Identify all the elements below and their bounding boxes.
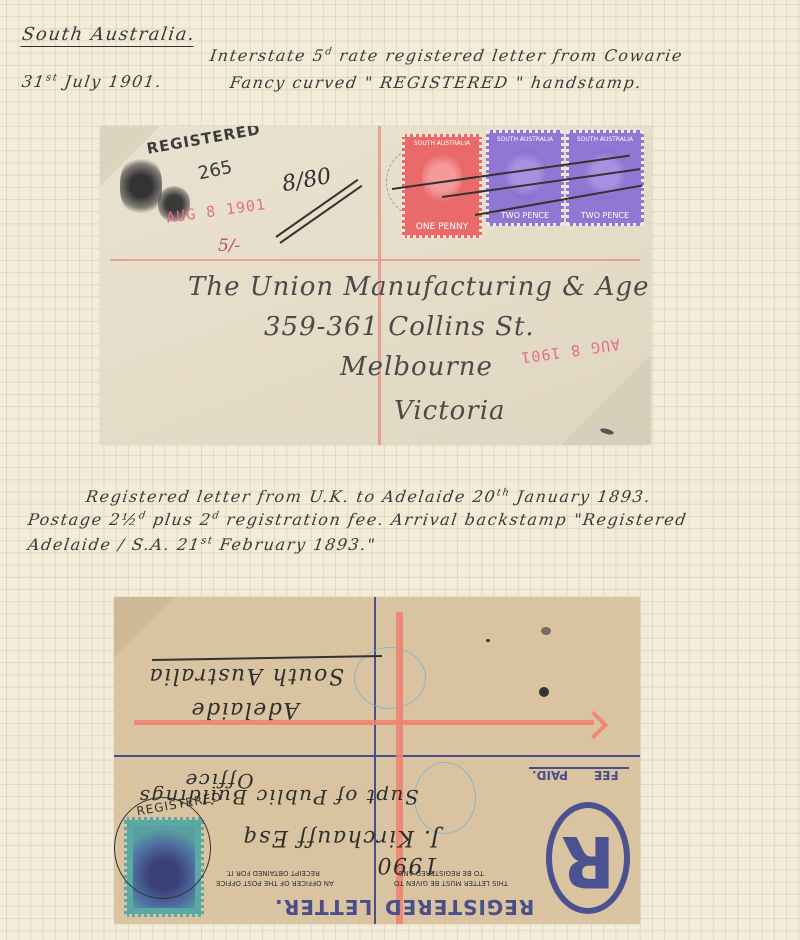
- fee-annotation-red: 5/-: [218, 236, 240, 256]
- printed-instruction: TO BE REGISTERED AND: [398, 869, 484, 877]
- address-line: South Australia: [148, 663, 344, 688]
- fee-annotation-black: 8/80: [280, 164, 333, 197]
- ink-spot: [541, 627, 551, 635]
- cover-1901-cowarie: REGISTERED 265 AUG 8 1901 5/- 8/80 SOUTH…: [100, 126, 651, 445]
- printed-rule: [114, 755, 640, 757]
- handstamp-ink: [120, 156, 162, 216]
- registered-r-oval: R: [546, 802, 630, 914]
- printed-fee-label: FEE: [594, 768, 619, 782]
- address-line: Melbourne: [340, 352, 493, 382]
- section1-description-line2: Fancy curved " REGISTERED " handstamp.: [229, 73, 644, 92]
- section1-description-line1: Interstate 5d rate registered letter fro…: [209, 46, 685, 65]
- registration-number: 265: [196, 157, 234, 185]
- registered-handstamp: REGISTERED: [145, 126, 262, 158]
- printed-instruction: AN OFFICER OF THE POST OFFICE: [216, 879, 334, 887]
- red-crayon-cross: [396, 612, 403, 924]
- section2-line3: Adelaide / S.A. 21st February 1893.": [27, 535, 378, 554]
- printed-registered-label: REGISTERED: [384, 895, 534, 919]
- address-line: Adelaide: [190, 697, 299, 722]
- section2-line2: Postage 2½d plus 2d registration fee. Ar…: [27, 510, 689, 529]
- page-title: South Australia.: [20, 24, 197, 47]
- printed-instruction: RECEIPT OBTAINED FOR IT.: [226, 869, 320, 877]
- red-crayon-arrow: [580, 711, 608, 739]
- address-line: 359-361 Collins St.: [264, 312, 535, 342]
- address-line: Victoria: [394, 396, 506, 426]
- printed-instruction: THIS LETTER MUST BE GIVEN TO: [394, 879, 508, 887]
- ink-spot: [486, 639, 490, 642]
- queen-portrait: [505, 149, 545, 199]
- address-line: J. Kirchauff Esq: [242, 825, 440, 850]
- underline-stroke: [152, 655, 382, 661]
- stamp-two-pence: SOUTH AUSTRALIA TWO PENCE: [486, 130, 564, 226]
- blue-crayon-mark: [414, 762, 476, 834]
- section1-date: 31st July 1901.: [21, 72, 164, 91]
- address-line: The Union Manufacturing & Agency Co: [188, 272, 651, 302]
- envelope-flap: [114, 597, 174, 657]
- printed-letter-label: LETTER.: [274, 895, 372, 919]
- printed-paid-label: PAID.: [532, 768, 568, 782]
- ink-spot: [539, 687, 549, 697]
- cover-1893-registered-envelope: South Australia Adelaide Office Supt of …: [114, 597, 640, 924]
- registration-crossline: [110, 259, 640, 261]
- section2-line1: Registered letter from U.K. to Adelaide …: [85, 487, 653, 506]
